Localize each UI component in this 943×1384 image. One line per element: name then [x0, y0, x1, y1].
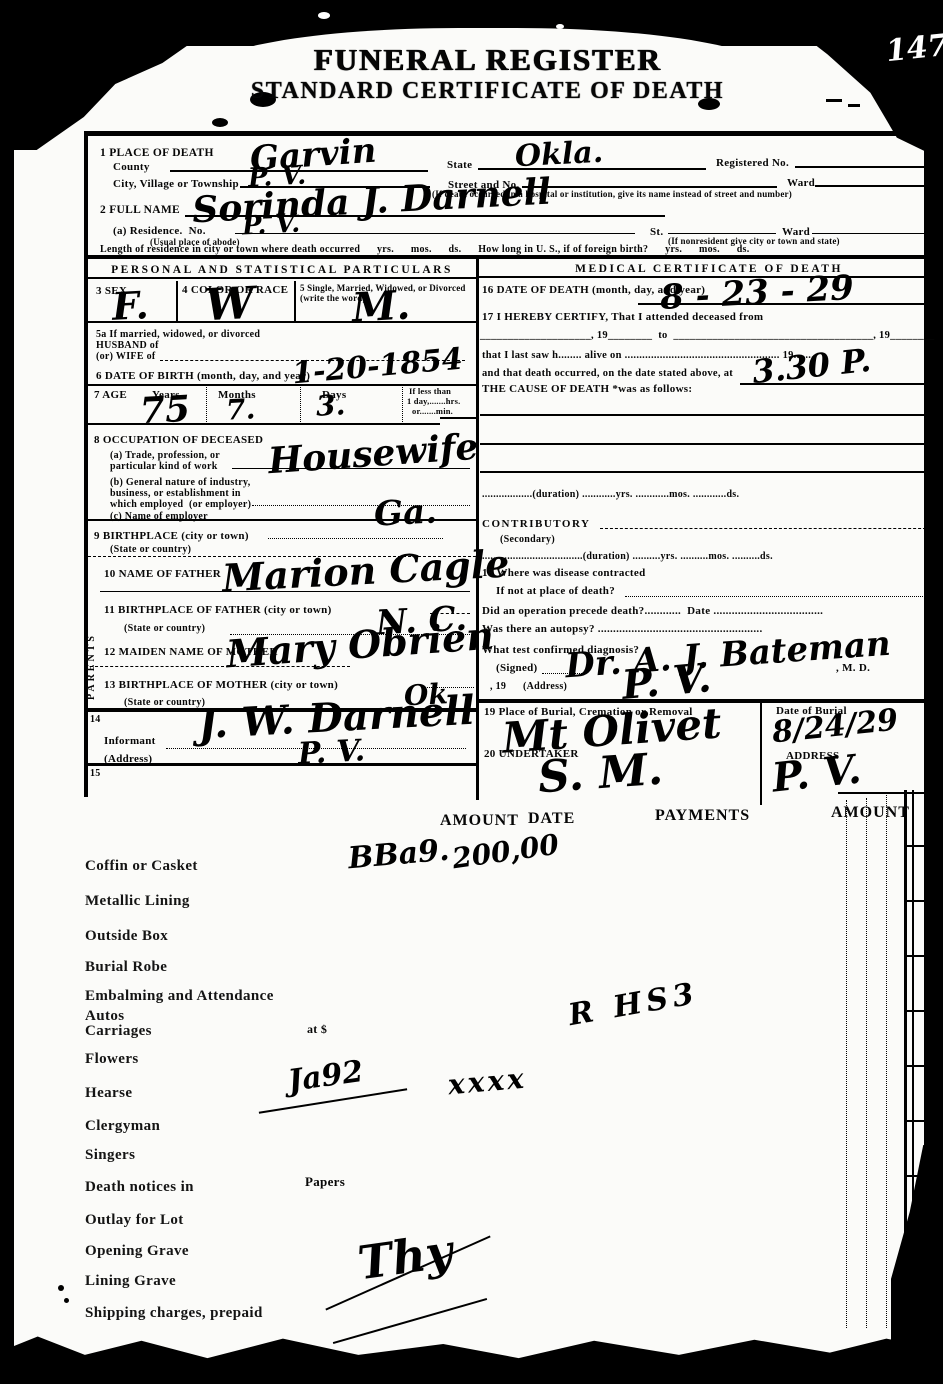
age-days-value: 3. [315, 391, 346, 420]
ledger-item-death-notices: Death notices in [85, 1179, 194, 1196]
length-of-residence-row: Length of residence in city or town wher… [100, 244, 750, 255]
ledger-grid-dash-3 [904, 955, 926, 957]
ledger-item-flowers: Flowers [85, 1051, 139, 1068]
full-name-label: 2 FULL NAME [100, 204, 180, 217]
undertaker-signature: S. M. [537, 748, 665, 801]
informant-bottom-line [86, 763, 478, 766]
ward-line [815, 167, 930, 187]
death-notices-papers-label: Papers [305, 1175, 345, 1190]
ledger-grid-line-3 [886, 795, 887, 1328]
burial-cell-divider [760, 702, 762, 805]
scan-noise-bottom [0, 1330, 943, 1384]
age-less-note-3: or.......min. [412, 407, 453, 417]
occupation-b-label-3: which employed (or employer) [110, 499, 251, 510]
spouse-label-3: (or) WIFE of [96, 351, 156, 362]
occupation-b-label-1: (b) General nature of industry, [110, 477, 251, 488]
ledger-item-metallic-lining: Metallic Lining [85, 893, 190, 910]
ledger-grid-line-2 [866, 798, 867, 1328]
ledger-item-hearse: Hearse [85, 1085, 132, 1102]
occupation-b-label-2: business, or establishment in [110, 488, 241, 499]
residence-value: P. V. [241, 210, 300, 239]
occupation-a-label-1: (a) Trade, profession, or [110, 450, 220, 461]
spouse-label-1: 5a If married, widowed, or divorced [96, 329, 260, 340]
page-number-mark: 147 [885, 31, 943, 67]
ledger-grid-top-rule [838, 792, 938, 794]
father-name-label: 10 NAME OF FATHER [104, 568, 221, 580]
ledger-header-date: DATE [528, 810, 575, 828]
race-marital-divider [294, 281, 296, 322]
ward2-line [812, 215, 932, 234]
registered-no-line [795, 148, 930, 168]
hearse-note-value: Ja92 [286, 1057, 365, 1097]
occupation-b-line [252, 494, 470, 506]
dob-label: 6 DATE OF BIRTH (month, day, and year) [96, 370, 310, 382]
age-col-divider-3 [402, 385, 403, 424]
ledger-item-opening-grave: Opening Grave [85, 1243, 189, 1260]
street-line [522, 168, 777, 188]
cause-blank-line-1 [480, 414, 936, 416]
residence-label: (a) Residence. No. [113, 225, 206, 237]
ledger-grid-rule-2 [912, 790, 914, 1332]
ledger-item-outside-box: Outside Box [85, 928, 168, 945]
certificate-title: STANDARD CERTIFICATE OF DEATH [200, 78, 775, 105]
personal-section-title: PERSONAL AND STATISTICAL PARTICULARS [88, 264, 476, 277]
payments-scribble: R HS3 [566, 979, 700, 1031]
medical-section-title: MEDICAL CERTIFICATE OF DEATH [478, 263, 940, 276]
carriages-at-label: at $ [307, 1023, 327, 1036]
scan-white-speck-2 [556, 24, 564, 29]
ledger-item-lining-grave: Lining Grave [85, 1273, 176, 1290]
ledger-item-carriages: Carriages [85, 1023, 152, 1040]
ledger-header-payments: PAYMENTS [655, 807, 750, 825]
ledger-item-embalming: Embalming and Attendance [85, 988, 274, 1005]
duration-1-label: ..................(duration) ...........… [482, 489, 739, 500]
occupation-a-value: Housewife [267, 429, 479, 480]
contributory-line [600, 517, 936, 529]
physician-address-label: , 19 (Address) [490, 681, 567, 692]
duration-2-label: ....................................(dur… [482, 551, 773, 562]
parents-label: PARENTS [86, 565, 97, 700]
secondary-label: (Secondary) [500, 534, 555, 545]
st-line [668, 215, 776, 234]
register-title: FUNERAL REGISTER [200, 42, 775, 78]
ward-label: Ward [787, 177, 815, 189]
ledger-grid-dash-6 [904, 1120, 926, 1122]
scan-noise-top-right [778, 0, 943, 160]
father-birthplace-label: 11 BIRTHPLACE OF FATHER (city or town) [104, 604, 332, 616]
autopsy-label: Was there an autopsy? ..................… [482, 623, 763, 635]
ledger-item-shipping-charges: Shipping charges, prepaid [85, 1305, 263, 1322]
ledger-item-burial-robe: Burial Robe [85, 959, 167, 976]
coffin-note-value: BBa9. [347, 836, 451, 875]
ledger-grid-dash-1 [904, 845, 926, 847]
section-divider [86, 255, 943, 259]
scan-speck-5 [848, 104, 860, 107]
st-label: St. [650, 226, 663, 238]
scan-speck-7 [64, 1298, 69, 1303]
ledger-grid-dash-2 [904, 900, 926, 902]
ledger-grid-dash-4 [904, 1010, 926, 1012]
ledger-item-singers: Singers [85, 1147, 135, 1164]
column-divider [476, 255, 479, 800]
age-col-divider-2 [300, 385, 301, 424]
age-row-bottom-line [88, 423, 440, 425]
cause-blank-line-3 [480, 471, 936, 473]
scribble-stroke-2 [333, 1298, 487, 1344]
ledger-header-amount-2: AMOUNT [831, 804, 910, 822]
contributory-label: CONTRIBUTORY [482, 518, 590, 530]
ledger-grid-dash-7 [904, 1175, 926, 1177]
ledger-grid-rule-1 [904, 790, 907, 1332]
ledger-item-coffin: Coffin or Casket [85, 858, 198, 875]
certify-label: 17 I HEREBY CERTIFY, That I attended dec… [482, 311, 763, 323]
ledger-grid-dash-5 [904, 1065, 926, 1067]
occupation-label: 8 OCCUPATION OF DECEASED [94, 434, 263, 446]
occupation-a-label-2: particular kind of work [110, 461, 218, 472]
cause-blank-line-2 [480, 443, 936, 445]
death-occurred-label: and that death occurred, on the date sta… [482, 368, 733, 380]
if-not-label: If not at place of death? [496, 585, 615, 597]
age-col-divider-1 [206, 385, 207, 424]
date-of-death-value: 8 - 23 - 29 [659, 271, 854, 315]
age-months-value: 7. [225, 395, 256, 424]
sex-race-divider [176, 281, 178, 322]
cause-of-death-label: THE CAUSE OF DEATH *was as follows: [482, 383, 692, 395]
birthplace-label: 9 BIRTHPLACE (city or town) [94, 530, 249, 542]
coffin-amount-value: 200,00 [451, 831, 561, 874]
scanned-death-certificate: 147 FUNERAL REGISTER STANDARD CERTIFICAT… [0, 0, 943, 1384]
md-label: , M. D. [836, 662, 870, 674]
disease-contracted-label: 18 Where was disease contracted [482, 567, 645, 579]
mother-name-line [90, 655, 350, 667]
scan-speck-6 [58, 1285, 64, 1291]
spouse-label-2: HUSBAND of [96, 340, 159, 351]
scan-white-speck-1 [318, 12, 330, 19]
age-label: 7 AGE [94, 389, 127, 401]
father-birthplace-sub: (State or country) [124, 623, 205, 634]
mother-birthplace-label: 13 BIRTHPLACE OF MOTHER (city or town) [104, 679, 338, 691]
hearse-amount-value: xxxx [447, 1065, 528, 1100]
ledger-item-clergyman: Clergyman [85, 1118, 160, 1135]
sex-value: F. [111, 286, 149, 326]
ledger-header-amount-1: AMOUNT [440, 812, 519, 830]
header-underline-left [88, 277, 476, 279]
scan-speck-4 [826, 99, 842, 102]
item-15-label: 15 [90, 768, 101, 779]
ledger-grid-dash-9 [904, 1285, 926, 1287]
ledger-grid-line-1 [846, 800, 847, 1328]
father-name-line [100, 580, 470, 592]
birthplace-line [268, 527, 443, 539]
informant-label: Informant [104, 735, 156, 747]
state-label: State [447, 159, 472, 171]
death-time-value: 3.30 P. [751, 344, 873, 388]
signed-label: (Signed) [496, 662, 538, 674]
ledger-grid-dash-8 [904, 1230, 926, 1232]
certify-blanks: ____________________, 19________ to ____… [480, 330, 935, 342]
form-top-border [84, 131, 943, 136]
sex-row-bottom-line [88, 321, 476, 323]
operation-label: Did an operation precede death?.........… [482, 605, 823, 617]
scan-noise-left-edge [0, 40, 14, 1356]
scan-speck-3 [212, 118, 228, 127]
ledger-item-outlay-for-lot: Outlay for Lot [85, 1212, 184, 1229]
county-label: County [113, 161, 150, 173]
mother-birthplace-sub: (State or country) [124, 697, 205, 708]
date-of-death-line [638, 303, 933, 305]
if-not-line [625, 585, 937, 597]
age-less-bottom-line [440, 417, 476, 419]
item-14-label: 14 [90, 714, 101, 725]
